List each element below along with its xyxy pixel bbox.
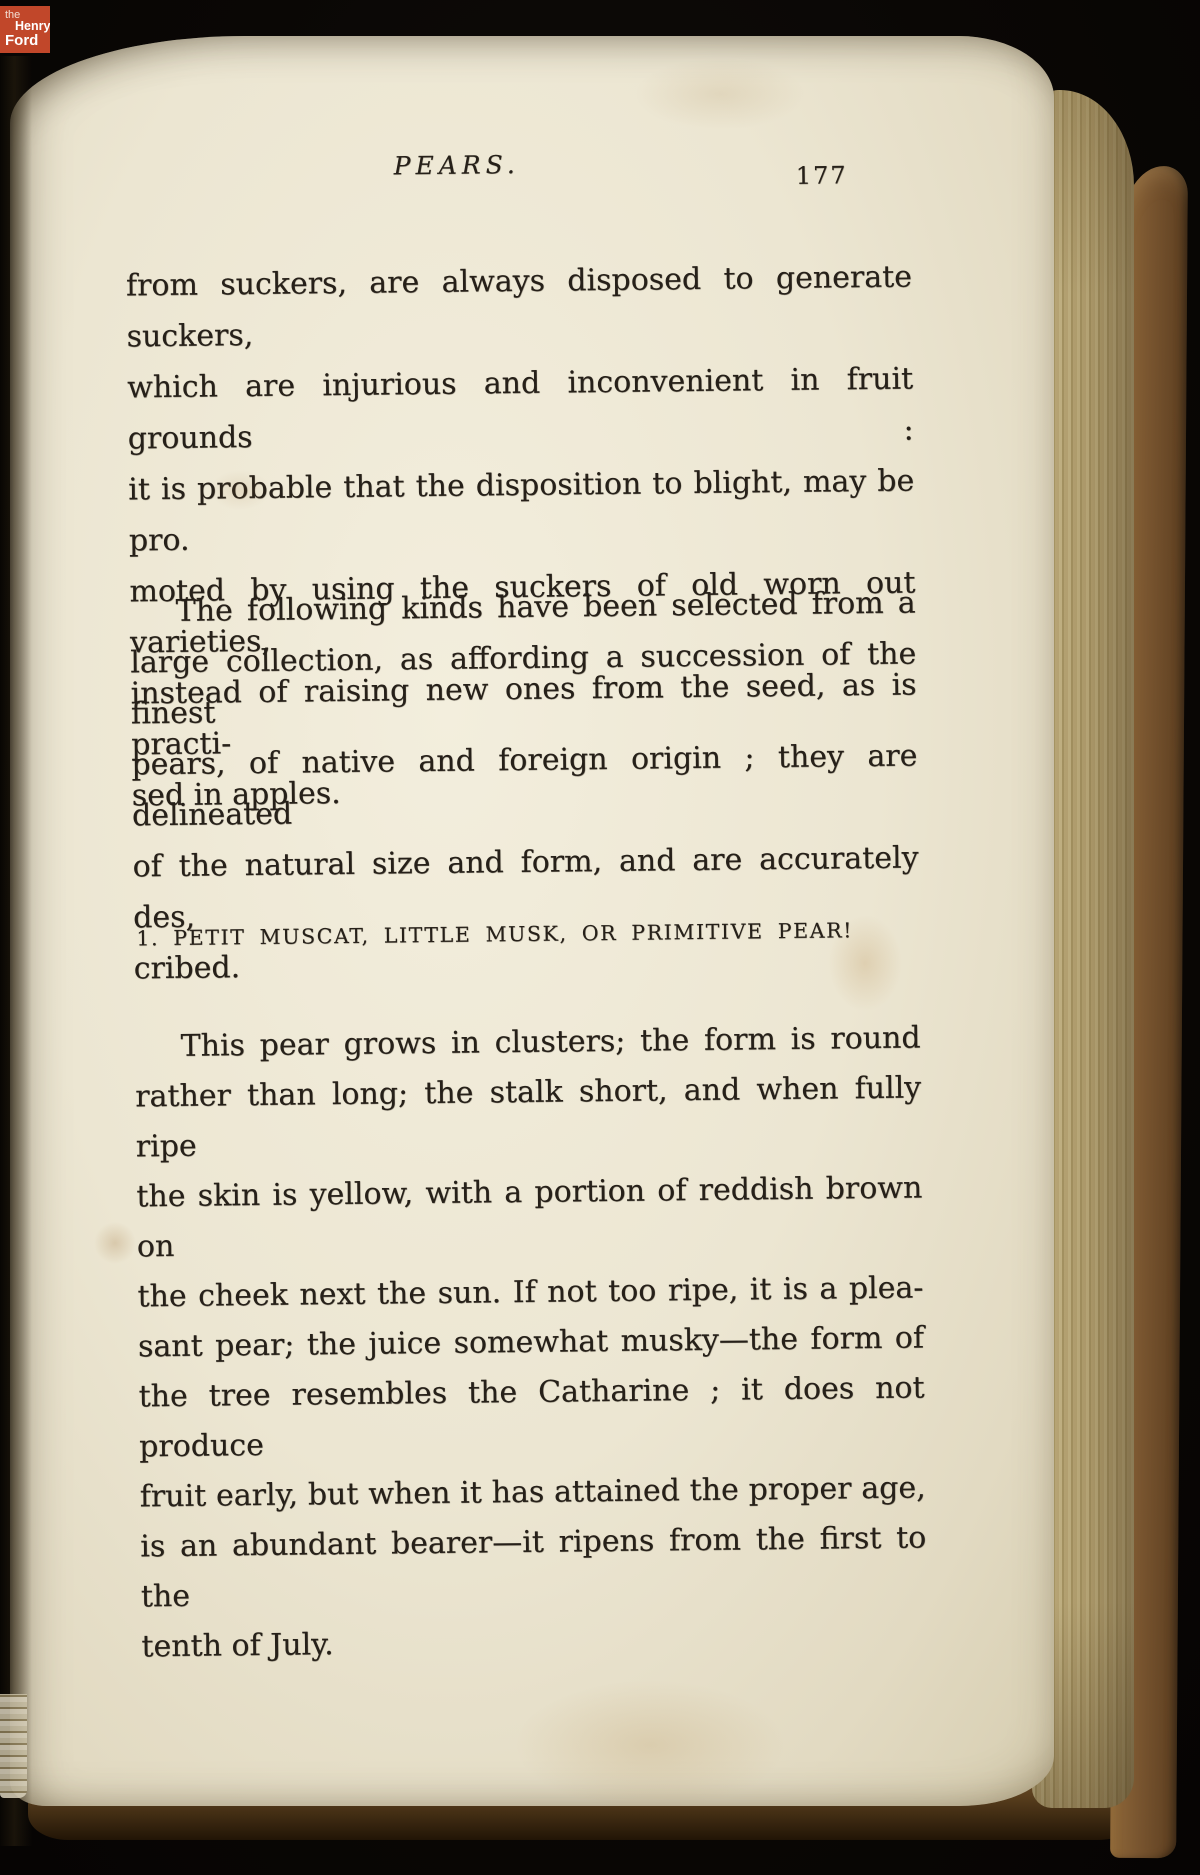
photo-background: PEARS. 177 from suckers, are always disp… — [0, 0, 1200, 1875]
text-line: pears, of native and foreign origin ; th… — [131, 730, 918, 841]
running-header-title: PEARS. — [393, 150, 519, 180]
text-line: This pear grows in clusters; the form is… — [134, 1013, 921, 1072]
logo-text-ford: Ford — [5, 33, 50, 48]
text-line: the cheek next the sun. If not too ripe,… — [137, 1263, 924, 1322]
printed-page-text: PEARS. 177 from suckers, are always disp… — [0, 0, 1200, 1875]
text-line: tenth of July. — [141, 1613, 928, 1672]
text-line: fruit early, but when it has attained th… — [139, 1463, 926, 1522]
text-line: which are injurious and inconvenient in … — [127, 354, 914, 465]
text-line: rather than long; the stalk short, and w… — [135, 1063, 922, 1172]
henry-ford-logo: the Henry Ford — [0, 6, 50, 53]
text-line: is an abundant bearer—it ripens from the… — [140, 1513, 927, 1622]
page-number: 177 — [796, 161, 848, 190]
text-line: the tree resembles the Catharine ; it do… — [138, 1363, 925, 1472]
text-line: large collection, as affording a success… — [130, 628, 917, 739]
paragraph-petit-muscat: This pear grows in clusters; the form is… — [134, 1013, 927, 1672]
text-line: from suckers, are always disposed to gen… — [126, 252, 913, 363]
text-line: The following kinds have been selected f… — [129, 577, 916, 637]
text-line: it is probable that the disposition to b… — [128, 456, 915, 567]
text-line: sant pear; the juice somewhat musky—the … — [138, 1313, 925, 1372]
text-line: the skin is yellow, with a portion of re… — [136, 1163, 923, 1272]
